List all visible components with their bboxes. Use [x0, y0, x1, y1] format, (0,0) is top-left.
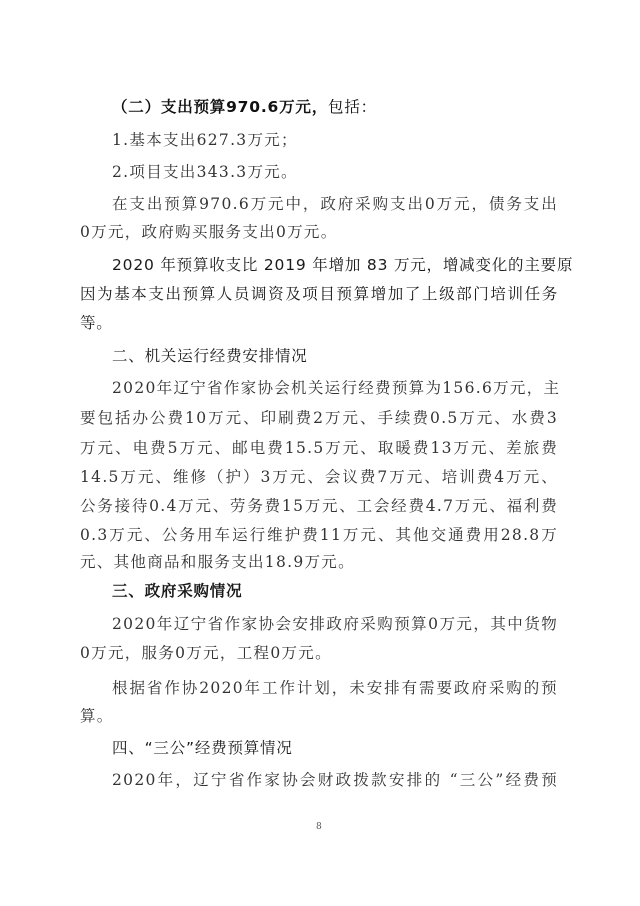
page-number: 8 [316, 822, 322, 832]
expense-heading-bold: （二）支出预算970.6万元， [112, 98, 328, 116]
paragraph-line: 2020年，辽宁省作家协会财政拨款安排的 “三公”经费预 [112, 770, 558, 790]
document-page: （二）支出预算970.6万元，包括： 1.基本支出627.3万元； 2.项目支出… [0, 0, 640, 906]
paragraph-line: 0万元，服务0万元，工程0万元。 [80, 643, 560, 663]
paragraph-line: 公务接待0.4万元、劳务费15万元、工会经费4.7万元、福利费 [80, 496, 558, 516]
paragraph-line: 算。 [80, 706, 560, 726]
project-expense-line: 2.项目支出343.3万元。 [112, 162, 592, 182]
section-heading-government-procurement: 三、政府采购情况 [112, 581, 592, 601]
paragraph-line: 要包括办公费10万元、印刷费2万元、手续费0.5万元、水费3 [80, 408, 558, 428]
basic-expense-line: 1.基本支出627.3万元； [112, 130, 592, 150]
paragraph-line: 0.3万元、公务用车运行维护费11万元、其他交通费用28.8万 [80, 525, 558, 545]
expense-heading-normal: 包括： [328, 98, 377, 116]
paragraph-line: 2020年辽宁省作家协会机关运行经费预算为156.6万元，主 [112, 378, 558, 398]
paragraph-line: 0万元，政府购买服务支出0万元。 [80, 222, 560, 242]
section-heading-three-public-expenses: 四、“三公”经费预算情况 [112, 738, 592, 758]
paragraph-line: 根据省作协2020年工作计划，未安排有需要政府采购的预 [112, 678, 558, 698]
paragraph-line: 万元、电费5万元、邮电费15.5万元、取暖费13万元、差旅费 [80, 438, 558, 458]
paragraph-line: 因为基本支出预算人员调资及项目预算增加了上级部门培训任务 [80, 284, 558, 304]
paragraph-line: 2020 年预算收支比 2019 年增加 83 万元，增减变化的主要原 [112, 255, 558, 275]
paragraph-line: 在支出预算970.6万元中，政府采购支出0万元，债务支出 [112, 194, 558, 214]
expense-budget-heading: （二）支出预算970.6万元，包括： [112, 97, 592, 117]
paragraph-line: 等。 [80, 313, 560, 333]
section-heading-operating-expenses: 二、机关运行经费安排情况 [112, 346, 592, 366]
paragraph-line: 2020年辽宁省作家协会安排政府采购预算0万元，其中货物 [112, 614, 558, 634]
paragraph-line: 14.5万元、维修（护）3万元、会议费7万元、培训费4万元、 [80, 467, 558, 487]
paragraph-line: 元、其他商品和服务支出18.9万元。 [80, 552, 560, 572]
